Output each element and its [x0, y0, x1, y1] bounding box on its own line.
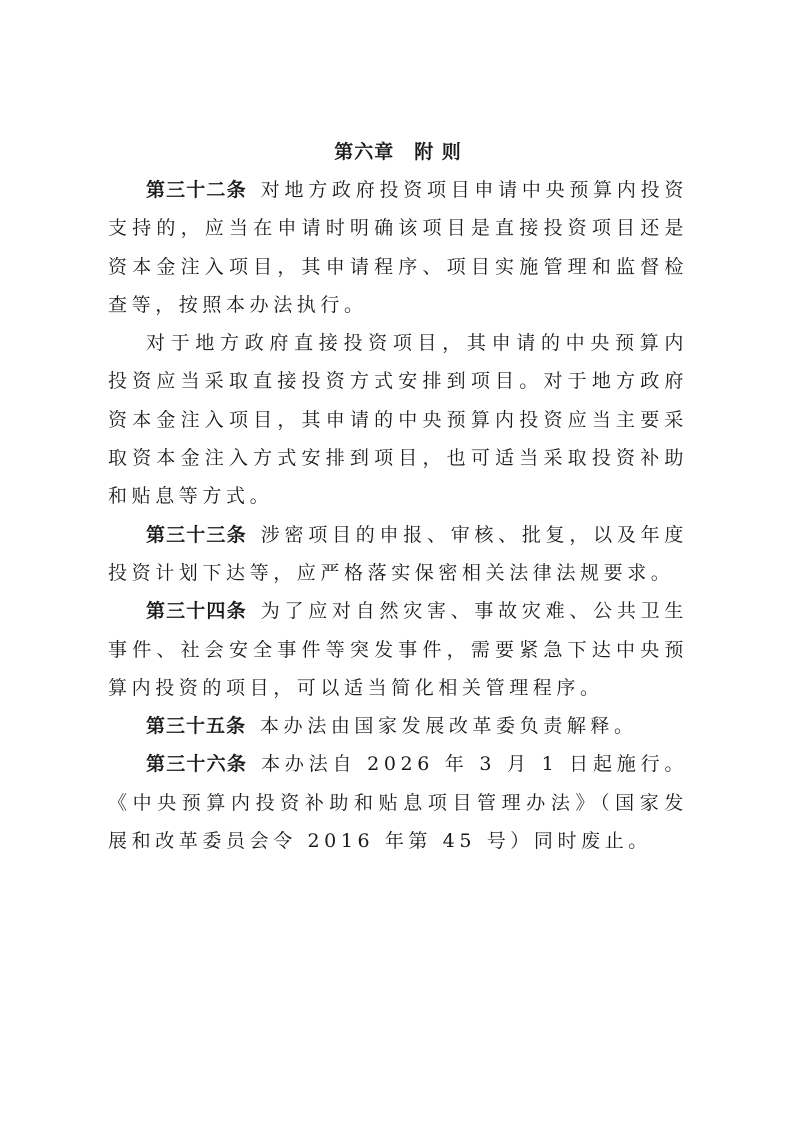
article-label: 第三十六条	[146, 753, 247, 775]
article-34: 第三十四条为了应对自然灾害、事故灾难、公共卫生事件、社会安全事件等突发事件，需要…	[108, 592, 688, 707]
article-text: 对于地方政府直接投资项目，其申请的中央预算内投资应当采取直接投资方式安排到项目。…	[108, 332, 688, 507]
chapter-title: 第六章 附 则	[108, 133, 688, 171]
article-32: 第三十二条对地方政府投资项目申请中央预算内投资支持的，应当在申请时明确该项目是直…	[108, 171, 688, 324]
article-label: 第三十五条	[146, 715, 246, 737]
article-32-paragraph-2: 对于地方政府直接投资项目，其申请的中央预算内投资应当采取直接投资方式安排到项目。…	[108, 324, 688, 515]
article-label: 第三十三条	[146, 524, 247, 546]
document-page: 第六章 附 则 第三十二条对地方政府投资项目申请中央预算内投资支持的，应当在申请…	[108, 133, 688, 860]
article-label: 第三十四条	[146, 600, 247, 622]
article-36: 第三十六条本办法自 2026 年 3 月 1 日起施行。《中央预算内投资补助和贴…	[108, 745, 688, 860]
article-text: 本办法由国家发展改革委负责解释。	[260, 715, 638, 737]
article-33: 第三十三条涉密项目的申报、审核、批复，以及年度投资计划下达等，应严格落实保密相关…	[108, 516, 688, 593]
article-35: 第三十五条本办法由国家发展改革委负责解释。	[108, 707, 688, 745]
article-label: 第三十二条	[146, 179, 247, 201]
